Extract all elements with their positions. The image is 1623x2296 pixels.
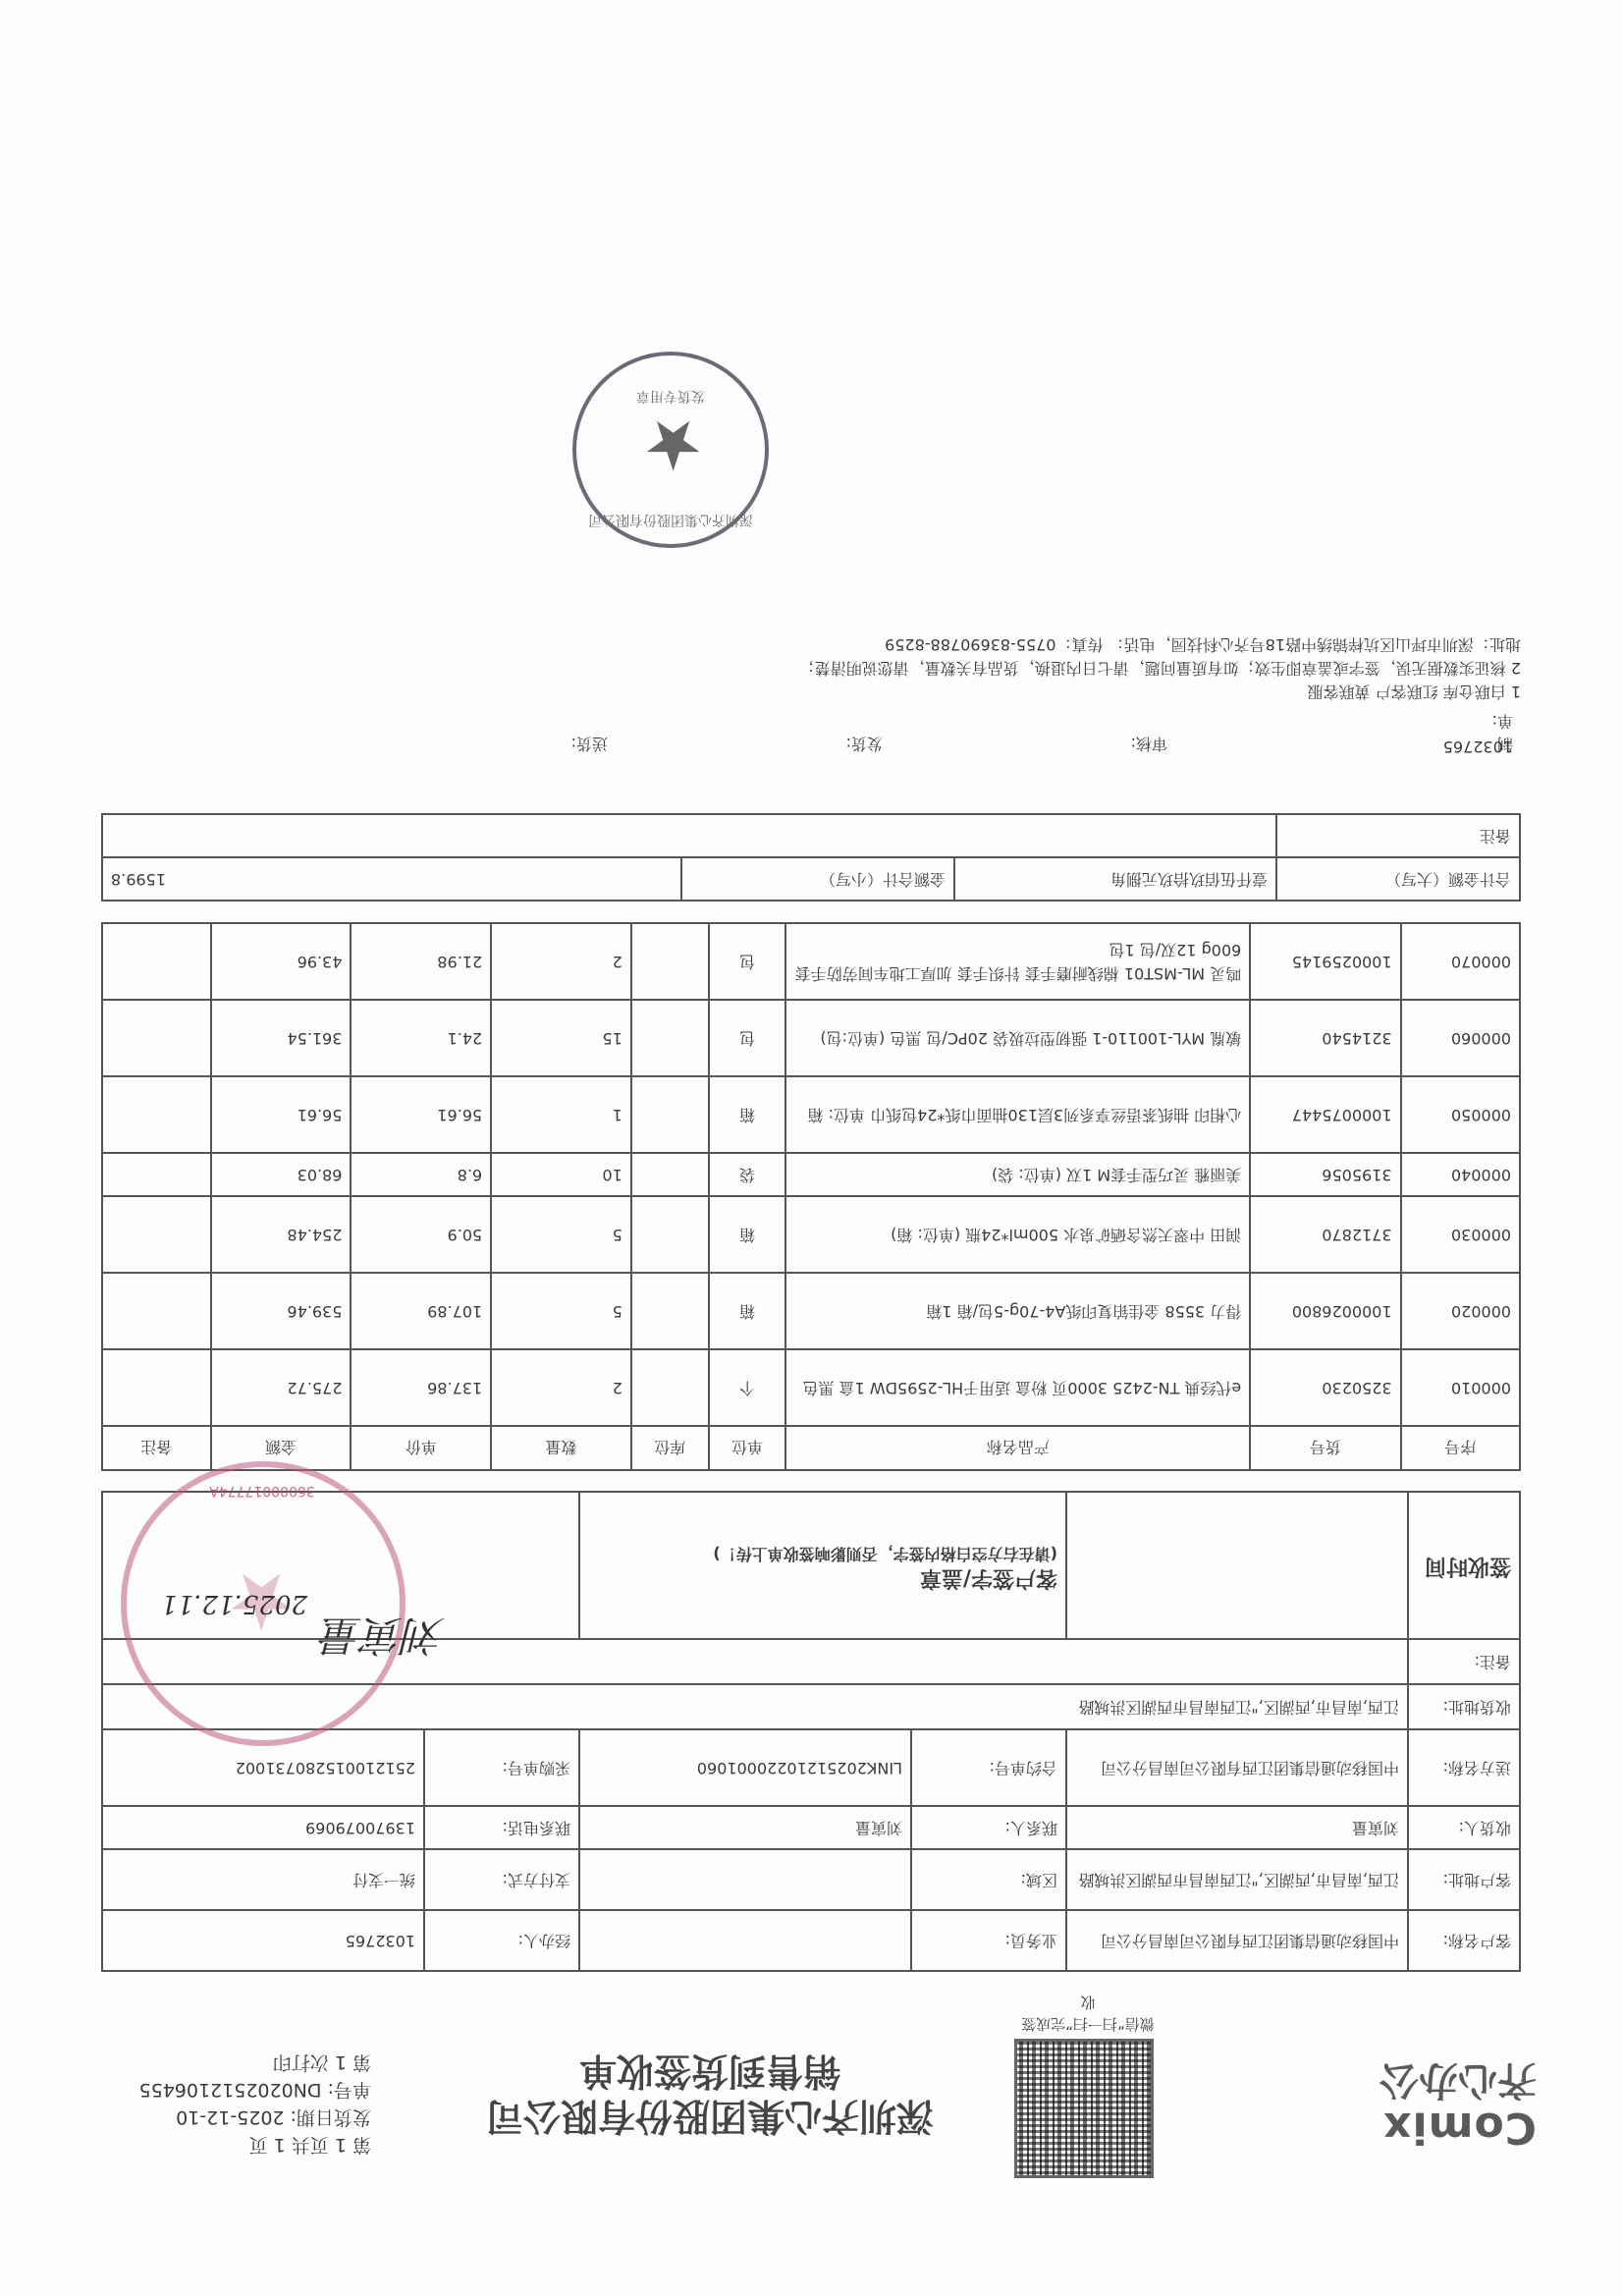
- sign-time[interactable]: [1066, 1492, 1408, 1639]
- contract-number: LINK20251210220001060: [579, 1729, 911, 1806]
- cell-seq: 000020: [1401, 1273, 1520, 1349]
- cell-qty: 5: [491, 1273, 631, 1349]
- doc-type-title: 销售到货签收单: [435, 2049, 985, 2094]
- product-table-header: 序号货号产品名称单位库位数量单价金额备注: [102, 1426, 1520, 1470]
- logo-english: Comix: [1291, 2105, 1537, 2149]
- cell-sku: 3250230: [1250, 1349, 1400, 1426]
- column-header: 序号: [1401, 1426, 1520, 1470]
- cell-name: 美丽雅 灵巧型手套M 1双 (单位: 袋): [785, 1153, 1250, 1196]
- cell-qty: 2: [491, 1349, 631, 1426]
- cell-qty: 10: [491, 1153, 631, 1196]
- label-remark: 备注:: [1408, 1639, 1520, 1684]
- cell-seq: 000030: [1401, 1196, 1520, 1273]
- cell-price: 56.61: [351, 1076, 491, 1153]
- cell-qty: 1: [491, 1076, 631, 1153]
- table-row: 0000403195056美丽雅 灵巧型手套M 1双 (单位: 袋)袋106.8…: [102, 1153, 1520, 1196]
- cell-qty: 15: [491, 1000, 631, 1076]
- cell-sku: 3195056: [1250, 1153, 1400, 1196]
- qr-caption: 微信“扫一扫”完成签 收: [965, 1992, 1211, 2035]
- product-table: 序号货号产品名称单位库位数量单价金额备注 0000103250230e代经典 T…: [101, 922, 1521, 1471]
- cell-qty: 2: [491, 923, 631, 1000]
- document-meta: 第 1 页共 1 页 发货日期: 2025-12-10 单号: DN020251…: [139, 2049, 371, 2159]
- cell-sku: 1000026800: [1250, 1273, 1400, 1349]
- cell-sku: 1000259145: [1250, 923, 1400, 1000]
- label-region: 区域:: [911, 1849, 1066, 1910]
- cell-price: 107.89: [351, 1273, 491, 1349]
- print-count: 第 1 次打印: [139, 2049, 371, 2076]
- logo-chinese: 齐心办公: [1291, 2056, 1537, 2104]
- label-handler: 经办人:: [424, 1910, 579, 1971]
- total-lower: 1599.8: [102, 857, 681, 901]
- label-customer-name: 客户名称:: [1408, 1910, 1520, 1971]
- page-info: 第 1 页共 1 页: [139, 2131, 371, 2159]
- stamp-sub-text: 发货专用章: [596, 387, 745, 407]
- column-header: 库位: [631, 1426, 709, 1470]
- maker: 1032765: [1443, 738, 1513, 756]
- cell-unit: 包: [709, 1000, 786, 1076]
- qr-caption-line1: 微信“扫一扫”完成签: [965, 2013, 1211, 2035]
- cell-price: 24.1: [351, 1000, 491, 1076]
- cell-sku: 3214540: [1250, 1000, 1400, 1076]
- cell-loc: [631, 1153, 709, 1196]
- label-sign-time: 签收时间: [1408, 1492, 1520, 1639]
- cell-name: 得力 3558 金佳铂复印纸A4-70g-5包/箱 1箱: [785, 1273, 1250, 1349]
- region: [579, 1849, 911, 1910]
- cell-remark: [102, 923, 211, 1000]
- note-copies: 1 白联仓库 红联客户 黄联客服: [799, 680, 1521, 703]
- label-total-lower: 金额合计（小写）: [681, 857, 954, 901]
- sign-box-title: 客户签字/盖章: [588, 1565, 1057, 1589]
- cell-amount: 43.96: [211, 923, 352, 1000]
- cell-name: 敏胤 MYL-100110-1 强韧型垃圾袋 20PC/包 黑色 (单位:包): [785, 1000, 1250, 1076]
- cell-unit: 包: [709, 923, 786, 1000]
- cell-price: 6.8: [351, 1153, 491, 1196]
- customer-address: 江西,南昌市,西湖区,"江西南昌市西湖区洪城路: [1066, 1849, 1408, 1910]
- cell-seq: 000060: [1401, 1000, 1520, 1076]
- label-po: 采购单号:: [424, 1729, 579, 1806]
- column-header: 备注: [102, 1426, 211, 1470]
- label-phone: 联系电话:: [424, 1806, 579, 1849]
- order-number: 单号: DN0202512106455: [139, 2076, 371, 2104]
- cell-loc: [631, 1273, 709, 1349]
- handler: 1032765: [102, 1910, 424, 1971]
- cell-loc: [631, 1196, 709, 1273]
- label-sender: 送方名称:: [1408, 1729, 1520, 1806]
- table-row: 0000201000026800得力 3558 金佳铂复印纸A4-70g-5包/…: [102, 1273, 1520, 1349]
- delivery-receipt-page: Comix 齐心办公 微信“扫一扫”完成签 收 深圳齐心集团股份有限公司 销售到…: [0, 0, 1623, 2296]
- stamp-code: 360000177​74A: [164, 1483, 360, 1499]
- payment-method: 统一支付: [102, 1849, 424, 1910]
- label-audit: 审核:: [1131, 734, 1167, 756]
- cell-name: 鸣灵 ML-MST01 棉线耐磨手套 针织手套 加厚工地车间劳防手套 600g …: [785, 923, 1250, 1000]
- customer-signature: 刘寅量: [321, 1609, 445, 1667]
- cell-unit: 箱: [709, 1273, 786, 1349]
- label-total-upper: 合计金额（大写）: [1276, 857, 1520, 901]
- info-row-address: 客户地址: 江西,南昌市,西湖区,"江西南昌市西湖区洪城路 区域: 支付方式: …: [102, 1849, 1520, 1910]
- cell-name: e代经典 TN-2425 3000页 粉盒 适用于HL-2595DW 1盒 黑色: [785, 1349, 1250, 1426]
- totals-remark-row: 备注: [102, 814, 1520, 857]
- cell-price: 21.98: [351, 923, 491, 1000]
- cell-amount: 361.54: [211, 1000, 352, 1076]
- salesperson: [579, 1910, 911, 1971]
- label-customer-address: 客户地址:: [1408, 1849, 1520, 1910]
- totals-row: 合计金额（大写） 壹仟伍佰玖拾玖元捌角 金额合计（小写） 1599.8: [102, 857, 1520, 901]
- cell-amount: 539.46: [211, 1273, 352, 1349]
- cell-unit: 个: [709, 1349, 786, 1426]
- cell-seq: 000070: [1401, 923, 1520, 1000]
- label-ship: 发货:: [846, 734, 883, 756]
- label-consignee: 收货人:: [1408, 1806, 1520, 1849]
- cell-remark: [102, 1349, 211, 1426]
- cell-remark: [102, 1273, 211, 1349]
- cell-seq: 000050: [1401, 1076, 1520, 1153]
- company-name: 深圳齐心集团股份有限公司: [435, 2094, 985, 2139]
- column-header: 数量: [491, 1426, 631, 1470]
- company-address: 地址：深圳市坪山区坑梓锦绣中路18号齐心科技园，电话： 传真：0755-8369…: [799, 632, 1521, 656]
- table-row: 0000701000259145鸣灵 ML-MST01 棉线耐磨手套 针织手套 …: [102, 923, 1520, 1000]
- cell-loc: [631, 923, 709, 1000]
- cell-seq: 000040: [1401, 1153, 1520, 1196]
- table-row: 0000103250230e代经典 TN-2425 3000页 粉盒 适用于HL…: [102, 1349, 1520, 1426]
- label-contact: 联系人:: [911, 1806, 1066, 1849]
- cell-unit: 袋: [709, 1153, 786, 1196]
- info-row-consignee: 收货人: 刘寅量 联系人: 刘寅量 联系电话: 13970079069: [102, 1806, 1520, 1849]
- cell-amount: 68.03: [211, 1153, 352, 1196]
- cell-loc: [631, 1349, 709, 1426]
- cell-unit: 箱: [709, 1076, 786, 1153]
- total-upper: 壹仟伍佰玖拾玖元捌角: [954, 857, 1276, 901]
- cell-price: 50.9: [351, 1196, 491, 1273]
- info-row-customer: 客户名称: 中国移动通信集团江西有限公司南昌分公司 业务员: 经办人: 1032…: [102, 1910, 1520, 1971]
- qr-code-icon: [1014, 2039, 1154, 2178]
- label-contract: 合约单号:: [911, 1729, 1066, 1806]
- column-header: 单位: [709, 1426, 786, 1470]
- document-title: 深圳齐心集团股份有限公司 销售到货签收单: [435, 2049, 985, 2139]
- label-deliver: 送货:: [571, 734, 608, 756]
- cell-remark: [102, 1196, 211, 1273]
- sign-box-instructions: 客户签字/盖章 (请在右方空白格内签字，否则影响签收单上传！): [579, 1492, 1066, 1639]
- cell-qty: 5: [491, 1196, 631, 1273]
- footer-notes: 1 白联仓库 红联客户 黄联客服 2 核证实数据无误，签字或盖章即生效；如有质量…: [799, 632, 1521, 703]
- comix-logo: Comix 齐心办公: [1291, 2056, 1537, 2149]
- label-totals-remark: 备注: [1276, 814, 1520, 857]
- cell-price: 137.86: [351, 1349, 491, 1426]
- label-payment: 支付方式:: [424, 1849, 579, 1910]
- table-row: 0000501000075447心相印 抽纸茶语丝享系列3层130抽面巾纸*24…: [102, 1076, 1520, 1153]
- contact: 刘寅量: [579, 1806, 911, 1849]
- cell-name: 润田 中翠天然含硒矿泉水 500ml*24瓶 (单位: 箱): [785, 1196, 1250, 1273]
- shipping-stamp: 深圳齐心集团股份有限公司 ★ 发货专用章: [572, 352, 769, 548]
- signature-date: 2025.12.11: [161, 1589, 307, 1618]
- column-header: 产品名称: [785, 1426, 1250, 1470]
- label-delivery-address: 收货地址:: [1408, 1684, 1520, 1729]
- cell-remark: [102, 1000, 211, 1076]
- cell-loc: [631, 1000, 709, 1076]
- star-icon: ★: [642, 405, 704, 485]
- consignee: 刘寅量: [1066, 1806, 1408, 1849]
- cell-unit: 箱: [709, 1196, 786, 1273]
- phone: 13970079069: [102, 1806, 424, 1849]
- cell-remark: [102, 1076, 211, 1153]
- cell-sku: 3712870: [1250, 1196, 1400, 1273]
- cell-remark: [102, 1153, 211, 1196]
- totals-remark: [102, 814, 1276, 857]
- ship-date: 发货日期: 2025-12-10: [139, 2104, 371, 2131]
- column-header: 货号: [1250, 1426, 1400, 1470]
- sender: 中国移动通信集团江西有限公司南昌分公司: [1066, 1729, 1408, 1806]
- totals-table: 合计金额（大写） 壹仟伍佰玖拾玖元捌角 金额合计（小写） 1599.8 备注: [101, 813, 1521, 902]
- cell-sku: 1000075447: [1250, 1076, 1400, 1153]
- cell-seq: 000010: [1401, 1349, 1520, 1426]
- info-row-sender: 送方名称: 中国移动通信集团江西有限公司南昌分公司 合约单号: LINK2025…: [102, 1729, 1520, 1806]
- cell-amount: 254.48: [211, 1196, 352, 1273]
- cell-loc: [631, 1076, 709, 1153]
- table-row: 0000303712870润田 中翠天然含硒矿泉水 500ml*24瓶 (单位:…: [102, 1196, 1520, 1273]
- cell-amount: 56.61: [211, 1076, 352, 1153]
- cell-name: 心相印 抽纸茶语丝享系列3层130抽面巾纸*24包纸巾 单位: 箱: [785, 1076, 1250, 1153]
- customer-name: 中国移动通信集团江西有限公司南昌分公司: [1066, 1910, 1408, 1971]
- note-terms: 2 核证实数据无误，签字或盖章即生效；如有质量问题，请七日内退换，货品有关数量，…: [799, 656, 1521, 680]
- sign-box-note: (请在右方空白格内签字，否则影响签收单上传！): [588, 1542, 1057, 1565]
- table-row: 0000603214540敏胤 MYL-100110-1 强韧型垃圾袋 20PC…: [102, 1000, 1520, 1076]
- cell-amount: 275.72: [211, 1349, 352, 1426]
- column-header: 单价: [351, 1426, 491, 1470]
- label-salesperson: 业务员:: [911, 1910, 1066, 1971]
- stamp-ring-text: 深圳齐心集团股份有限公司: [586, 511, 755, 530]
- qr-caption-line2: 收: [965, 1992, 1211, 2013]
